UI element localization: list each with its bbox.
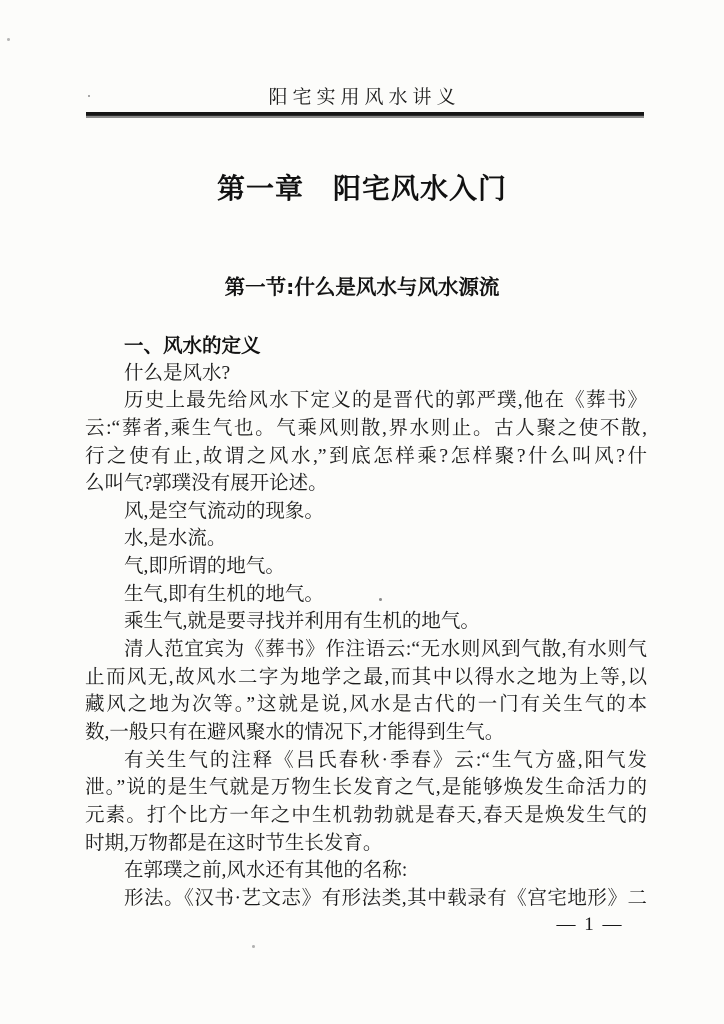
scan-artifact-dot (7, 38, 10, 41)
text-line: 清人范宜宾为《葬书》作注语云:“无水则风到气散,有水则气 (85, 636, 647, 664)
text-line: 数,一般只有在避风聚水的情况下,才能得到生气。 (85, 719, 647, 747)
text-line: 藏风之地为次等。”这就是说,风水是古代的一门有关生气的本 (85, 691, 647, 719)
text-line: 止而风无,故风水二字为地学之最,而其中以得水之地为上等,以 (85, 664, 647, 692)
page-number: — 1 — (530, 914, 650, 936)
running-header-title: 阳宅实用风水讲义 (0, 82, 724, 109)
scan-artifact-dot (252, 945, 255, 948)
text-line: 形法。《汉书·艺文志》有形法类,其中载录有《宫宅地形》二 (85, 885, 647, 913)
chapter-title: 第一章 阳宅风水入门 (0, 167, 724, 207)
text-line: 么叫气?郭璞没有展开论述。 (85, 470, 647, 498)
text-line: 乘生气,就是要寻找并利用有生机的地气。 (85, 608, 647, 636)
text-line: 什么是风水? (85, 360, 647, 388)
scan-artifact-dot (88, 95, 90, 97)
section-title: 第一节:什么是风水与风水源流 (0, 270, 724, 300)
text-line: 元素。打个比方一年之中生机勃勃就是春天,春天是焕发生气的 (85, 802, 647, 830)
text-line: 一、风水的定义 (85, 332, 647, 360)
text-line: 在郭璞之前,风水还有其他的名称: (85, 857, 647, 885)
text-line: 历史上最先给风水下定义的是晋代的郭严璞,他在《葬书》 (85, 387, 647, 415)
scan-artifact-dot (379, 598, 382, 601)
text-line: 时期,万物都是在这时节生长发育。 (85, 830, 647, 858)
text-line: 云:“葬者,乘生气也。气乘风则散,界水则止。古人聚之使不散, (85, 415, 647, 443)
text-line: 风,是空气流动的现象。 (85, 498, 647, 526)
scanned-book-page: 阳宅实用风水讲义 第一章 阳宅风水入门 第一节:什么是风水与风水源流 一、风水的… (0, 0, 724, 1024)
text-line: 水,是水流。 (85, 525, 647, 553)
header-rule (86, 112, 644, 115)
text-line: 泄。”说的是生气就是万物生长发育之气,是能够焕发生命活力的 (85, 774, 647, 802)
body-text: 一、风水的定义什么是风水?历史上最先给风水下定义的是晋代的郭严璞,他在《葬书》云… (85, 332, 647, 912)
text-line: 生气,即有生机的地气。 (85, 581, 647, 609)
text-line: 气,即所谓的地气。 (85, 553, 647, 581)
text-line: 有关生气的注释《吕氏春秋·季春》云:“生气方盛,阳气发 (85, 747, 647, 775)
text-line: 行之使有止,故谓之风水,”到底怎样乘?怎样聚?什么叫风?什 (85, 443, 647, 471)
